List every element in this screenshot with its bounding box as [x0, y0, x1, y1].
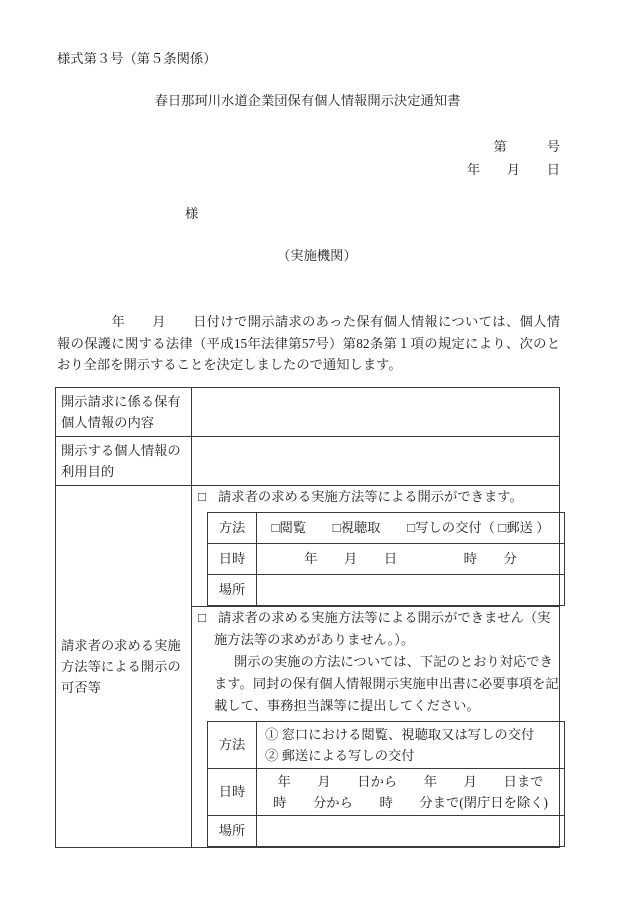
checkbox-can-disclose-icon: □ [198, 489, 206, 504]
section-cannot-disclose: □請求者の求める実施方法等による開示ができません（実施方法等の求めがありません。… [192, 606, 560, 847]
disclosure-table: 開示請求に係る保有個人情報の内容 開示する個人情報の利用目的 請求者の求める実施… [55, 387, 560, 848]
section-a-heading-text: 請求者の求める実施方法等による開示ができます。 [218, 489, 523, 504]
method-label-b: 方法 [208, 721, 257, 768]
section-b-heading-text: 請求者の求める実施方法等による開示ができません（実施方法等の求めがありません。）… [214, 610, 550, 647]
datetime-label-a: 日時 [208, 543, 257, 574]
form-number: 様式第３号（第５条関係） [57, 50, 560, 68]
cell-usage-purpose [192, 436, 560, 485]
section-a-heading: □請求者の求める実施方法等による開示ができます。 [192, 486, 559, 508]
place-label-b: 場所 [208, 815, 257, 846]
method-option-mail: ② 郵送による写しの交付 [261, 745, 560, 766]
table-row: 開示請求に係る保有個人情報の内容 [56, 387, 560, 436]
label-requested-info-content: 開示請求に係る保有個人情報の内容 [56, 387, 192, 436]
addressee-suffix: 様 [185, 205, 560, 223]
section-b-note: 開示の実施の方法については、下記のとおり対応できます。同封の保有個人情報開示実施… [192, 651, 559, 717]
table-row: 場所 [208, 574, 565, 605]
datetime-times: 時 分から 時 分まで(閉庁日を除く) [261, 792, 560, 813]
table-row: 場所 [208, 815, 565, 846]
body-paragraph: 年 月 日付けで開示請求のあった保有個人情報については、個人情報の保護に関する法… [57, 311, 560, 376]
method-options-a: □閲覧 □視聴取 □写しの交付（ □郵送 ） [257, 512, 565, 543]
datetime-value-b: 年 月 日から 年 月 日まで 時 分から 時 分まで(閉庁日を除く) [257, 768, 565, 815]
cell-requested-info-content [192, 387, 560, 436]
table-row: 日時 年 月 日 時 分 [208, 543, 565, 574]
table-row: 方法 ① 窓口における閲覧、視聴取又は写しの交付 ② 郵送による写しの交付 [208, 721, 565, 768]
table-row: 開示する個人情報の利用目的 [56, 436, 560, 485]
number-date-block: 第 号 年 月 日 [55, 135, 560, 181]
label-usage-purpose: 開示する個人情報の利用目的 [56, 436, 192, 485]
table-row: 請求者の求める実施方法等による開示の可否等 □請求者の求める実施方法等による開示… [56, 485, 560, 606]
datetime-label-b: 日時 [208, 768, 257, 815]
method-option-window: ① 窓口における閲覧、視聴取又は写しの交付 [261, 724, 560, 745]
datetime-value-a: 年 月 日 時 分 [257, 543, 565, 574]
section-b-detail-table: 方法 ① 窓口における閲覧、視聴取又は写しの交付 ② 郵送による写しの交付 日時… [207, 721, 565, 847]
doc-number-line: 第 号 [55, 135, 560, 158]
issuer-label: （実施機関） [277, 247, 560, 265]
section-b-heading: □請求者の求める実施方法等による開示ができません（実施方法等の求めがありません。… [192, 607, 559, 651]
document-page: 様式第３号（第５条関係） 春日那珂川水道企業団保有個人情報開示決定通知書 第 号… [0, 0, 630, 903]
checkbox-cannot-disclose-icon: □ [198, 610, 206, 625]
section-a-detail-table: 方法 □閲覧 □視聴取 □写しの交付（ □郵送 ） 日時 年 月 日 時 分 場… [207, 512, 565, 606]
table-row: 日時 年 月 日から 年 月 日まで 時 分から 時 分まで(閉庁日を除く) [208, 768, 565, 815]
place-value-b [257, 815, 565, 846]
table-row: 方法 □閲覧 □視聴取 □写しの交付（ □郵送 ） [208, 512, 565, 543]
section-can-disclose: □請求者の求める実施方法等による開示ができます。 方法 □閲覧 □視聴取 □写し… [192, 485, 560, 606]
method-label-a: 方法 [208, 512, 257, 543]
datetime-dates: 年 月 日から 年 月 日まで [261, 771, 560, 792]
method-options-b: ① 窓口における閲覧、視聴取又は写しの交付 ② 郵送による写しの交付 [257, 721, 565, 768]
label-disclosure-feasibility: 請求者の求める実施方法等による開示の可否等 [56, 485, 192, 847]
document-title: 春日那珂川水道企業団保有個人情報開示決定通知書 [55, 92, 560, 110]
place-value-a [257, 574, 565, 605]
date-line: 年 月 日 [55, 158, 560, 181]
place-label-a: 場所 [208, 574, 257, 605]
